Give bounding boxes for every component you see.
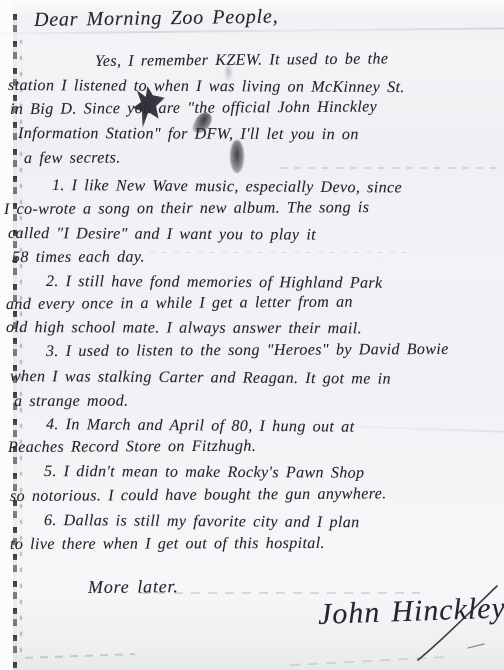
handwritten-line: 1. I like New Wave music, especially Dev… [52,178,402,196]
handwritten-line: a strange mood. [14,394,129,410]
handwritten-line: when I was stalking Carter and Reagan. I… [10,369,391,388]
handwritten-line: Information Station" for DFW, I'll let y… [18,126,359,143]
paper-crease [340,425,504,433]
handwritten-line: old high school mate. I always answer th… [6,320,362,337]
ink-smudge [230,140,244,173]
letter-signature: John Hinckley [317,593,504,630]
handwritten-line: I co-wrote a song on their new album. Th… [4,200,369,218]
letter-salutation: Dear Morning Zoo People, [34,7,279,30]
handwritten-line: 2. I still have fond memories of Highlan… [46,274,383,292]
handwritten-line: Peaches Record Store on Fitzhugh. [8,439,256,456]
handwritten-line: 58 times each day. [12,250,145,266]
paper-crease [280,167,504,169]
paper-crease [290,656,450,666]
handwritten-line: 3. I used to listen to the song "Heroes"… [46,342,449,360]
handwritten-line: 6. Dallas is still my favorite city and … [44,513,360,531]
handwritten-line: Yes, I remember KZEW. It used to be the [95,51,388,70]
handwritten-line: to live there when I get out of this hos… [10,536,325,553]
handwritten-line: so notorious. I could have bought the gu… [10,486,387,505]
paper-crease [140,592,420,594]
handwritten-line: 4. In March and April of 80, I hung out … [46,417,355,436]
handwritten-line: a few secrets. [24,150,121,167]
paper-crease [150,252,410,253]
handwritten-line: called "I Desire" and I want you to play… [8,226,316,244]
letter-closing: More later. [88,577,179,596]
handwritten-line: station I listened to when I was living … [8,78,405,96]
handwritten-line: and every once in a while I get a letter… [6,295,353,313]
handwritten-line: 5. I didn't mean to make Rocky's Pawn Sh… [44,464,365,482]
handwritten-line: in Big D. Since you are "the official Jo… [10,99,377,118]
scanned-letter-page: Dear Morning Zoo People, Yes, I remember… [0,0,504,670]
paper-crease [25,653,135,659]
